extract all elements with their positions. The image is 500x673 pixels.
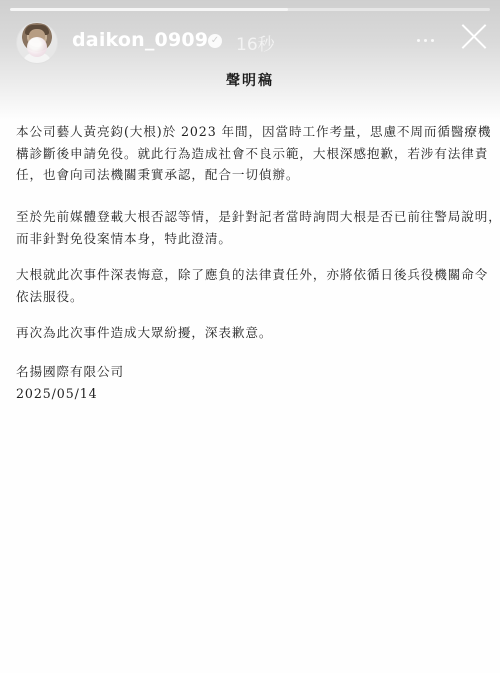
- paragraph-line: 依法服役。: [16, 286, 486, 308]
- more-options-icon: [431, 39, 434, 42]
- signature-block: 名揚國際有限公司 2025/05/14: [16, 361, 124, 404]
- statement-document: 聲明稿 本公司藝人黃亮鈞(大根)於 2023 年間，因當時工作考量，思慮不周而循…: [0, 0, 500, 673]
- paragraph-2: 至於先前媒體登載大根否認等情，是針對記者當時詢問大根是否已前往警局說明， 而非針…: [16, 206, 486, 249]
- story-progress-bar: [10, 8, 490, 11]
- statement-date: 2025/05/14: [16, 383, 124, 405]
- company-name: 名揚國際有限公司: [16, 361, 124, 383]
- verified-badge-icon: ✓: [208, 34, 222, 48]
- avatar-bubble: [27, 37, 47, 57]
- story-viewer[interactable]: 聲明稿 本公司藝人黃亮鈞(大根)於 2023 年間，因當時工作考量，思慮不周而循…: [0, 0, 500, 673]
- paragraph-3: 大根就此次事件深表悔意，除了應負的法律責任外，亦將依循日後兵役機關命令 依法服役…: [16, 264, 486, 307]
- more-options-icon: [417, 39, 420, 42]
- paragraph-line: 本公司藝人黃亮鈞(大根)於 2023 年間，因當時工作考量，思慮不周而循醫療機: [16, 121, 486, 143]
- paragraph-line: 構診斷後申請免役。就此行為造成社會不良示範，大根深感抱歉，若涉有法律責: [16, 143, 486, 165]
- paragraph-line: 任，也會向司法機關秉實承認，配合一切偵辦。: [16, 164, 486, 186]
- paragraph-line: 再次為此次事件造成大眾紛擾，深表歉意。: [16, 322, 486, 344]
- paragraph-line: 大根就此次事件深表悔意，除了應負的法律責任外，亦將依循日後兵役機關命令: [16, 264, 486, 286]
- paragraph-4: 再次為此次事件造成大眾紛擾，深表歉意。: [16, 322, 486, 344]
- username-link[interactable]: daikon_0909: [72, 29, 208, 51]
- story-progress-fill: [10, 8, 288, 11]
- post-time: 16秒: [236, 30, 275, 55]
- document-title: 聲明稿: [0, 70, 500, 90]
- paragraph-line: 而非針對免役案情本身，特此澄清。: [16, 228, 486, 250]
- paragraph-1: 本公司藝人黃亮鈞(大根)於 2023 年間，因當時工作考量，思慮不周而循醫療機 …: [16, 121, 486, 186]
- close-button[interactable]: [460, 22, 488, 50]
- paragraph-line: 至於先前媒體登載大根否認等情，是針對記者當時詢問大根是否已前往警局說明，: [16, 206, 486, 228]
- more-options-icon: [424, 39, 427, 42]
- more-options-button[interactable]: [412, 30, 438, 50]
- avatar[interactable]: [16, 22, 58, 64]
- story-header: daikon_0909 ✓ 16秒: [0, 20, 500, 64]
